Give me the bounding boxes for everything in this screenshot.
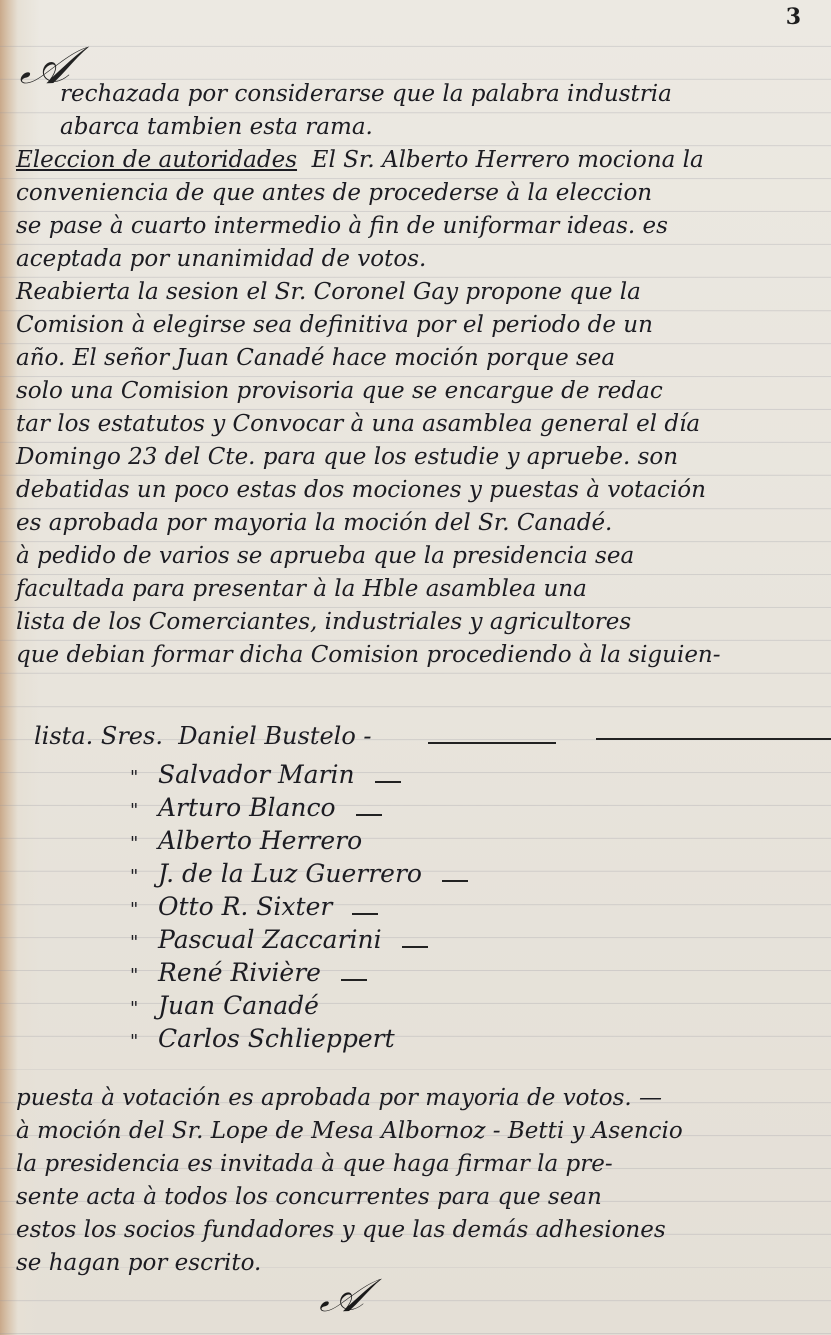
- text-line: año. El señor Juan Canadé hace moción po…: [16, 342, 806, 375]
- text-line: la presidencia es invitada à que haga fi…: [16, 1148, 806, 1181]
- text-line: se pase à cuarto intermedio à fin de uni…: [16, 210, 806, 243]
- commission-member-list: " Salvador Marin " Arturo Blanco " Alber…: [130, 758, 468, 1055]
- text-line: puesta à votación es aprobada por mayori…: [16, 1082, 806, 1115]
- filler-dash: [375, 781, 401, 783]
- list-item: " René Rivière: [130, 956, 468, 989]
- filler-dash: [352, 913, 378, 915]
- text-line: à moción del Sr. Lope de Mesa Albornoz -…: [16, 1115, 806, 1148]
- ditto-mark: ": [130, 992, 158, 1025]
- member-name: J. de la Luz Guerrero: [158, 857, 422, 890]
- list-item: " Otto R. Sixter: [130, 890, 468, 923]
- list-item: " Juan Canadé: [130, 989, 468, 1022]
- list-item: " Alberto Herrero: [130, 824, 468, 857]
- text-line: Reabierta la sesion el Sr. Coronel Gay p…: [16, 276, 806, 309]
- text-line: sente acta à todos los concurrentes para…: [16, 1181, 806, 1214]
- page-number: 3: [786, 4, 801, 30]
- text-line: conveniencia de que antes de procederse …: [16, 177, 806, 210]
- list-item: " Pascual Zaccarini: [130, 923, 468, 956]
- filler-rule: [428, 742, 556, 744]
- ledger-page: 3 𝒜 rechazada por considerarse que la pa…: [0, 0, 831, 1335]
- member-name: René Rivière: [158, 956, 321, 989]
- ditto-mark: ": [130, 794, 158, 827]
- filler-dash: [402, 946, 428, 948]
- text-line: se hagan por escrito.: [16, 1247, 806, 1280]
- text-line: abarca tambien esta rama.: [16, 111, 806, 144]
- text-line: rechazada por considerarse que la palabr…: [16, 78, 806, 111]
- section-heading: Eleccion de autoridades: [16, 147, 297, 173]
- member-name: Otto R. Sixter: [158, 890, 332, 923]
- list-item: " Arturo Blanco: [130, 791, 468, 824]
- text-line: aceptada por unanimidad de votos.: [16, 243, 806, 276]
- text-line: que debian formar dicha Comision procedi…: [16, 639, 806, 672]
- ditto-mark: ": [130, 893, 158, 926]
- minutes-closing: puesta à votación es aprobada por mayori…: [16, 1082, 806, 1280]
- list-item: " Carlos Schlieppert: [130, 1022, 468, 1055]
- text-fragment: El Sr. Alberto Herrero mociona la: [312, 147, 704, 173]
- list-intro-line: lista. Sres. Daniel Bustelo -: [34, 722, 372, 750]
- minutes-body: rechazada por considerarse que la palabr…: [16, 78, 806, 672]
- text-line: Domingo 23 del Cte. para que los estudie…: [16, 441, 806, 474]
- text-line: tar los estatutos y Convocar à una asamb…: [16, 408, 806, 441]
- text-line: à pedido de varios se aprueba que la pre…: [16, 540, 806, 573]
- text-line: debatidas un poco estas dos mociones y p…: [16, 474, 806, 507]
- member-name: Juan Canadé: [158, 989, 319, 1022]
- ditto-mark: ": [130, 959, 158, 992]
- member-name: Alberto Herrero: [158, 824, 362, 857]
- ditto-mark: ": [130, 860, 158, 893]
- list-item: " J. de la Luz Guerrero: [130, 857, 468, 890]
- text-line: estos los socios fundadores y que las de…: [16, 1214, 806, 1247]
- ditto-mark: ": [130, 761, 158, 794]
- ditto-mark: ": [130, 827, 158, 860]
- filler-dash: [356, 814, 382, 816]
- filler-dash: [341, 979, 367, 981]
- filler-dash: [442, 880, 468, 882]
- filler-rule: [596, 738, 831, 740]
- member-name: Carlos Schlieppert: [158, 1022, 395, 1055]
- member-name: Salvador Marin: [158, 758, 355, 791]
- text-line: Comision à elegirse sea definitiva por e…: [16, 309, 806, 342]
- text-line: facultada para presentar à la Hble asamb…: [16, 573, 806, 606]
- list-item: " Salvador Marin: [130, 758, 468, 791]
- list-intro: lista. Sres.: [34, 722, 163, 750]
- member-name: Arturo Blanco: [158, 791, 336, 824]
- member-name: Pascual Zaccarini: [158, 923, 382, 956]
- text-line: es aprobada por mayoria la moción del Sr…: [16, 507, 806, 540]
- text-line: solo una Comision provisoria que se enca…: [16, 375, 806, 408]
- ditto-mark: ": [130, 1025, 158, 1058]
- text-line: lista de los Comerciantes, industriales …: [16, 606, 806, 639]
- text-line: Eleccion de autoridades El Sr. Alberto H…: [16, 144, 806, 177]
- member-name: Daniel Bustelo: [178, 722, 356, 750]
- ditto-mark: ": [130, 926, 158, 959]
